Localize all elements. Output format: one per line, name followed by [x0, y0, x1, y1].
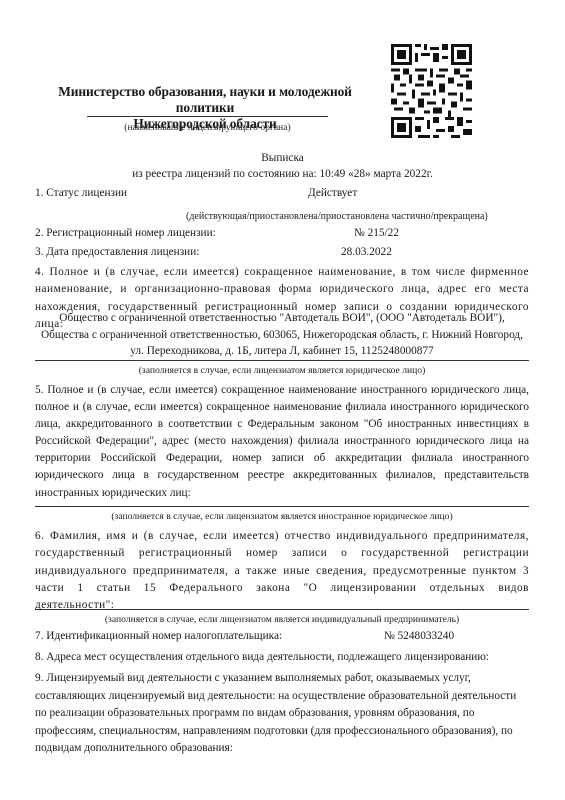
legal-entity-line-1: Общество с ограниченной ответственностью… — [35, 310, 529, 327]
legal-entity-line-3: ул. Переходникова, д. 1Б, литера Л, каби… — [35, 343, 529, 360]
authority-underline — [87, 116, 328, 117]
foreign-entity-label: 5. Полное и (в случае, если имеется) сок… — [35, 382, 529, 502]
legal-entity-hint: (заполняется в случае, если лицензиатом … — [35, 365, 529, 376]
status-value: Действует — [308, 187, 357, 199]
legal-entity-underline — [35, 360, 529, 361]
reg-number-value: № 215/22 — [354, 227, 399, 239]
status-hint: (действующая/приостановлена/приостановле… — [186, 211, 488, 222]
entrepreneur-underline — [35, 609, 529, 610]
legal-entity-value: Общество с ограниченной ответственностью… — [35, 310, 529, 360]
entrepreneur-label: 6. Фамилия, имя и (в случае, если имеетс… — [35, 528, 529, 614]
activity-label: 9. Лицензируемый вид деятельности с указ… — [35, 670, 520, 758]
reg-number-label: 2. Регистрационный номер лицензии: — [35, 227, 216, 239]
qr-code-icon — [391, 44, 472, 138]
date-label: 3. Дата предоставления лицензии: — [35, 246, 199, 258]
authority-hint: (наименование лицензирующего органа) — [87, 122, 328, 133]
date-value: 28.03.2022 — [341, 246, 392, 258]
inn-value: № 5248033240 — [384, 630, 454, 642]
legal-entity-line-2: Общества с ограниченной ответственностью… — [35, 327, 529, 344]
document-title: Выписка — [0, 152, 565, 164]
addresses-label: 8. Адреса мест осуществления отдельного … — [35, 651, 489, 663]
inn-label: 7. Идентификационный номер налогоплатель… — [35, 630, 282, 642]
document-subtitle: из реестра лицензий по состоянию на: 10:… — [0, 168, 565, 180]
foreign-entity-hint: (заполняется в случае, если лицензиатом … — [35, 511, 529, 522]
status-label: 1. Статус лицензии — [35, 187, 127, 199]
entrepreneur-hint: (заполняется в случае, если лицензиатом … — [35, 614, 529, 625]
authority-line-1: Министерство образования, науки и молоде… — [30, 84, 380, 116]
foreign-entity-underline — [35, 506, 529, 507]
